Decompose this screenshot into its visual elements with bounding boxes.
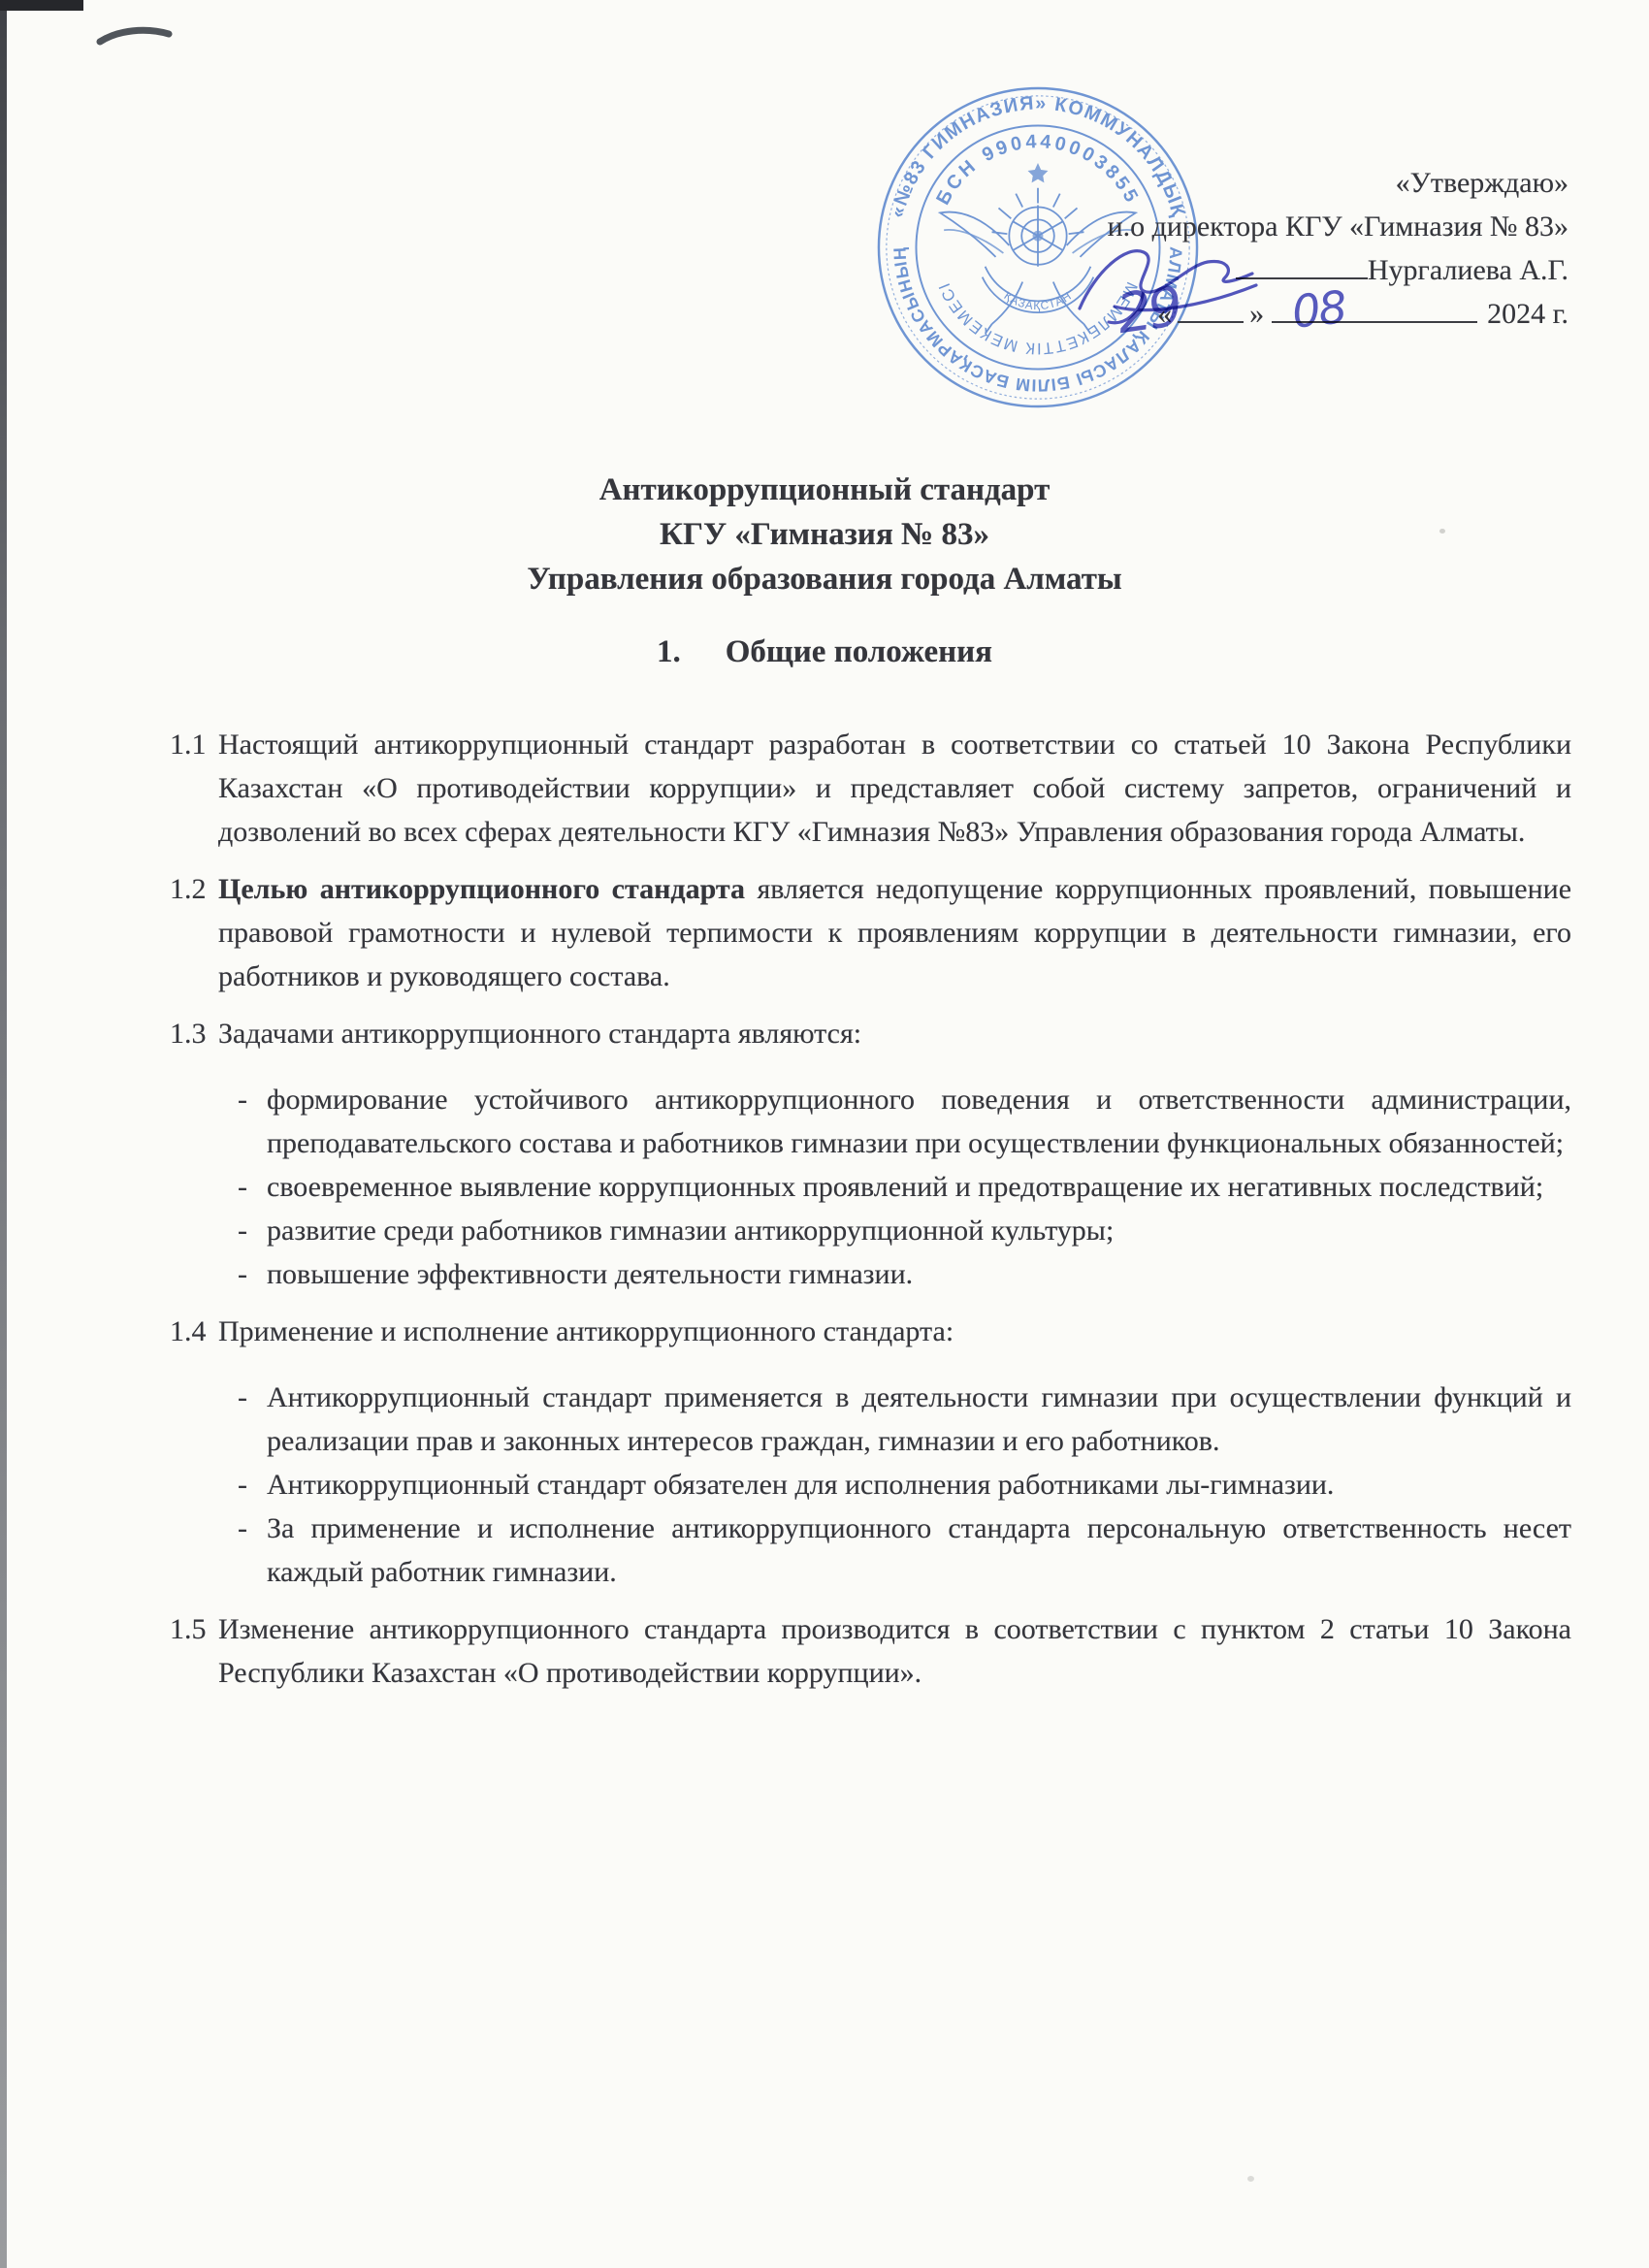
title-line-3: Управления образования города Алматы — [0, 557, 1649, 601]
bullet-text: Антикоррупционный стандарт применяется в… — [267, 1376, 1571, 1463]
clause-text: Изменение антикоррупционного стандарта п… — [218, 1607, 1571, 1695]
clause-1-2: 1.2 Целью антикоррупционного стандарта я… — [170, 867, 1571, 998]
document-body: 1.1 Настоящий антикоррупционный стандарт… — [170, 723, 1571, 1708]
bullet-item: -формирование устойчивого антикоррупцион… — [238, 1078, 1571, 1165]
clause-1-5: 1.5 Изменение антикоррупционного стандар… — [170, 1607, 1571, 1695]
stamp-star-icon — [1028, 163, 1049, 182]
bullet-dash: - — [238, 1507, 267, 1594]
bullet-dash: - — [238, 1209, 267, 1252]
bullet-dash: - — [238, 1252, 267, 1296]
bullet-dash: - — [238, 1376, 267, 1463]
clause-1-3: 1.3 Задачами антикоррупционного стандарт… — [170, 1012, 1571, 1296]
clause-number: 1.5 — [170, 1607, 218, 1695]
bullet-item: -повышение эффективности деятельности ги… — [238, 1252, 1571, 1296]
bullet-dash: - — [238, 1078, 267, 1165]
bullet-item: -развитие среди работников гимназии анти… — [238, 1209, 1571, 1252]
bullet-dash: - — [238, 1165, 267, 1209]
heading-text: Общие положения — [726, 634, 992, 669]
clause-text: Задачами антикоррупционного стандарта яв… — [218, 1012, 1571, 1055]
paper-speck — [1247, 2176, 1254, 2182]
bullet-dash: - — [238, 1463, 267, 1507]
bullet-text: своевременное выявление коррупционных пр… — [267, 1165, 1571, 1209]
bullet-text: повышение эффективности деятельности гим… — [267, 1252, 1571, 1296]
title-line-2: КГУ «Гимназия № 83» — [0, 512, 1649, 557]
clause-number: 1.3 — [170, 1012, 218, 1296]
bullet-list: -Антикоррупционный стандарт применяется … — [238, 1376, 1571, 1594]
section-heading: 1.Общие положения — [0, 631, 1649, 674]
bullet-item: -Антикоррупционный стандарт обязателен д… — [238, 1463, 1571, 1507]
clause-lead-bold: Целью антикоррупционного стандарта — [218, 873, 745, 905]
bullet-text: развитие среди работников гимназии антик… — [267, 1209, 1571, 1252]
bullet-item: -Антикоррупционный стандарт применяется … — [238, 1376, 1571, 1463]
document-page: «№83 ГИМНАЗИЯ» КОММУНАЛДЫҚ АЛМАТЫ ҚАЛАСЫ… — [0, 0, 1649, 2268]
handwritten-month: 08 — [1289, 280, 1347, 338]
clause-number: 1.2 — [170, 867, 218, 998]
title-line-1: Антикоррупционный стандарт — [0, 468, 1649, 512]
document-title: Антикоррупционный стандарт КГУ «Гимназия… — [0, 468, 1649, 601]
bullet-item: -своевременное выявление коррупционных п… — [238, 1165, 1571, 1209]
approval-label: «Утверждаю» — [1108, 161, 1568, 205]
pen-mark — [95, 23, 175, 50]
bullet-item: -За применение и исполнение антикоррупци… — [238, 1507, 1571, 1594]
bullet-text: Антикоррупционный стандарт обязателен дл… — [267, 1463, 1571, 1507]
bullet-text: формирование устойчивого антикоррупционн… — [267, 1078, 1571, 1165]
clause-text: Применение и исполнение антикоррупционно… — [218, 1310, 1571, 1353]
clause-text: Целью антикоррупционного стандарта являе… — [218, 867, 1571, 998]
scan-edge-left — [0, 0, 7, 2268]
signature-scribble — [1062, 223, 1295, 343]
approver-name: Нургалиева А.Г. — [1368, 254, 1568, 286]
bullet-text: За применение и исполнение антикоррупцио… — [267, 1507, 1571, 1594]
heading-number: 1. — [657, 634, 681, 669]
scan-edge-top — [0, 0, 83, 11]
clause-1-4: 1.4 Применение и исполнение антикоррупци… — [170, 1310, 1571, 1594]
clause-number: 1.4 — [170, 1310, 218, 1594]
clause-1-1: 1.1 Настоящий антикоррупционный стандарт… — [170, 723, 1571, 854]
year-label: 2024 г. — [1487, 298, 1568, 330]
clause-text: Настоящий антикоррупционный стандарт раз… — [218, 723, 1571, 854]
clause-number: 1.1 — [170, 723, 218, 854]
bullet-list: -формирование устойчивого антикоррупцион… — [238, 1078, 1571, 1296]
